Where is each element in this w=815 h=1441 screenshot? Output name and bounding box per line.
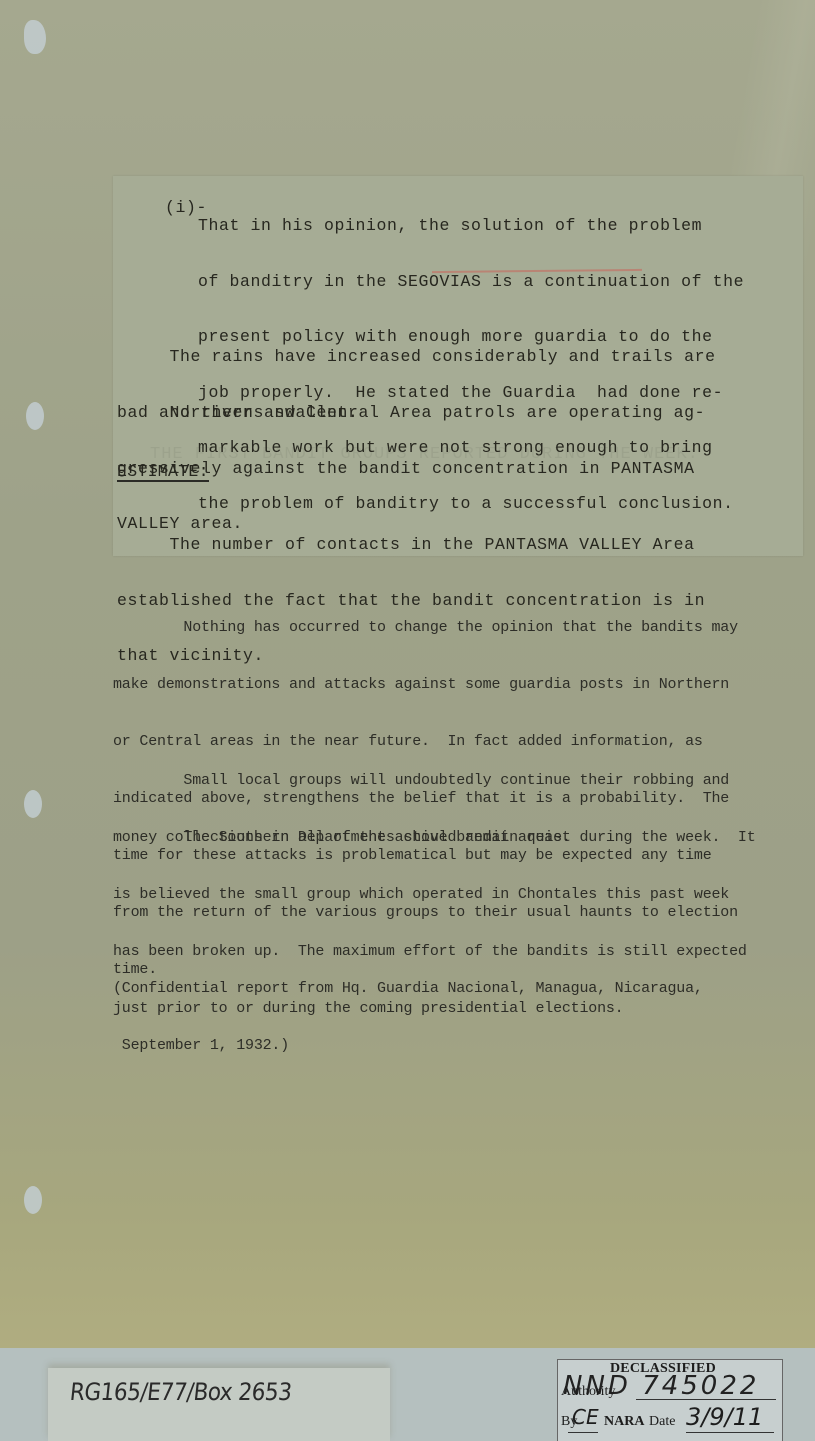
punch-hole <box>26 402 44 430</box>
text-line: The number of contacts in the PANTASMA V… <box>117 536 705 555</box>
stamp-authority-label: Authority <box>561 1384 615 1400</box>
stamp-date-label: Date <box>649 1414 675 1430</box>
punch-hole <box>24 1186 42 1214</box>
stamp-date-value: 3/9/11 <box>686 1403 763 1431</box>
stamp-by-value: CE <box>572 1405 599 1429</box>
text-line: Northern and Central Area patrols are op… <box>117 404 705 423</box>
source-note: (Confidential report from Hq. Guardia Na… <box>113 941 803 1074</box>
text-line: Small local groups will undoubtedly cont… <box>113 771 803 790</box>
stamp-rule <box>568 1432 598 1433</box>
punch-hole <box>24 790 42 818</box>
text-line: The rains have increased considerably an… <box>117 348 716 367</box>
declassification-stamp: DECLASSIFIED NND 745022 Authority By CE … <box>557 1359 783 1441</box>
item-i: (i)- That in his opinion, the solution o… <box>144 180 219 236</box>
text-line: is believed the small group which operat… <box>113 885 803 904</box>
text-line: Nothing has occurred to change the opini… <box>113 618 803 637</box>
text-line: September 1, 1932.) <box>113 1036 803 1055</box>
text-line: make demonstrations and attacks against … <box>113 675 803 694</box>
archive-reference-handwritten: RG165/E77/Box 2653 <box>69 1378 293 1406</box>
text-line: (Confidential report from Hq. Guardia Na… <box>113 979 803 998</box>
text-line: That in his opinion, the solution of the… <box>198 217 744 236</box>
stamp-nara-label: NARA <box>604 1414 644 1430</box>
punch-hole <box>24 20 46 54</box>
text-line: of banditry in the SEGOVIAS is a continu… <box>198 273 744 292</box>
stamp-rule <box>636 1399 776 1400</box>
estimate-heading: ESTIMATE: <box>117 463 209 482</box>
stamp-rule <box>686 1432 774 1433</box>
text-line: The Southern Departments should remain q… <box>113 828 803 847</box>
